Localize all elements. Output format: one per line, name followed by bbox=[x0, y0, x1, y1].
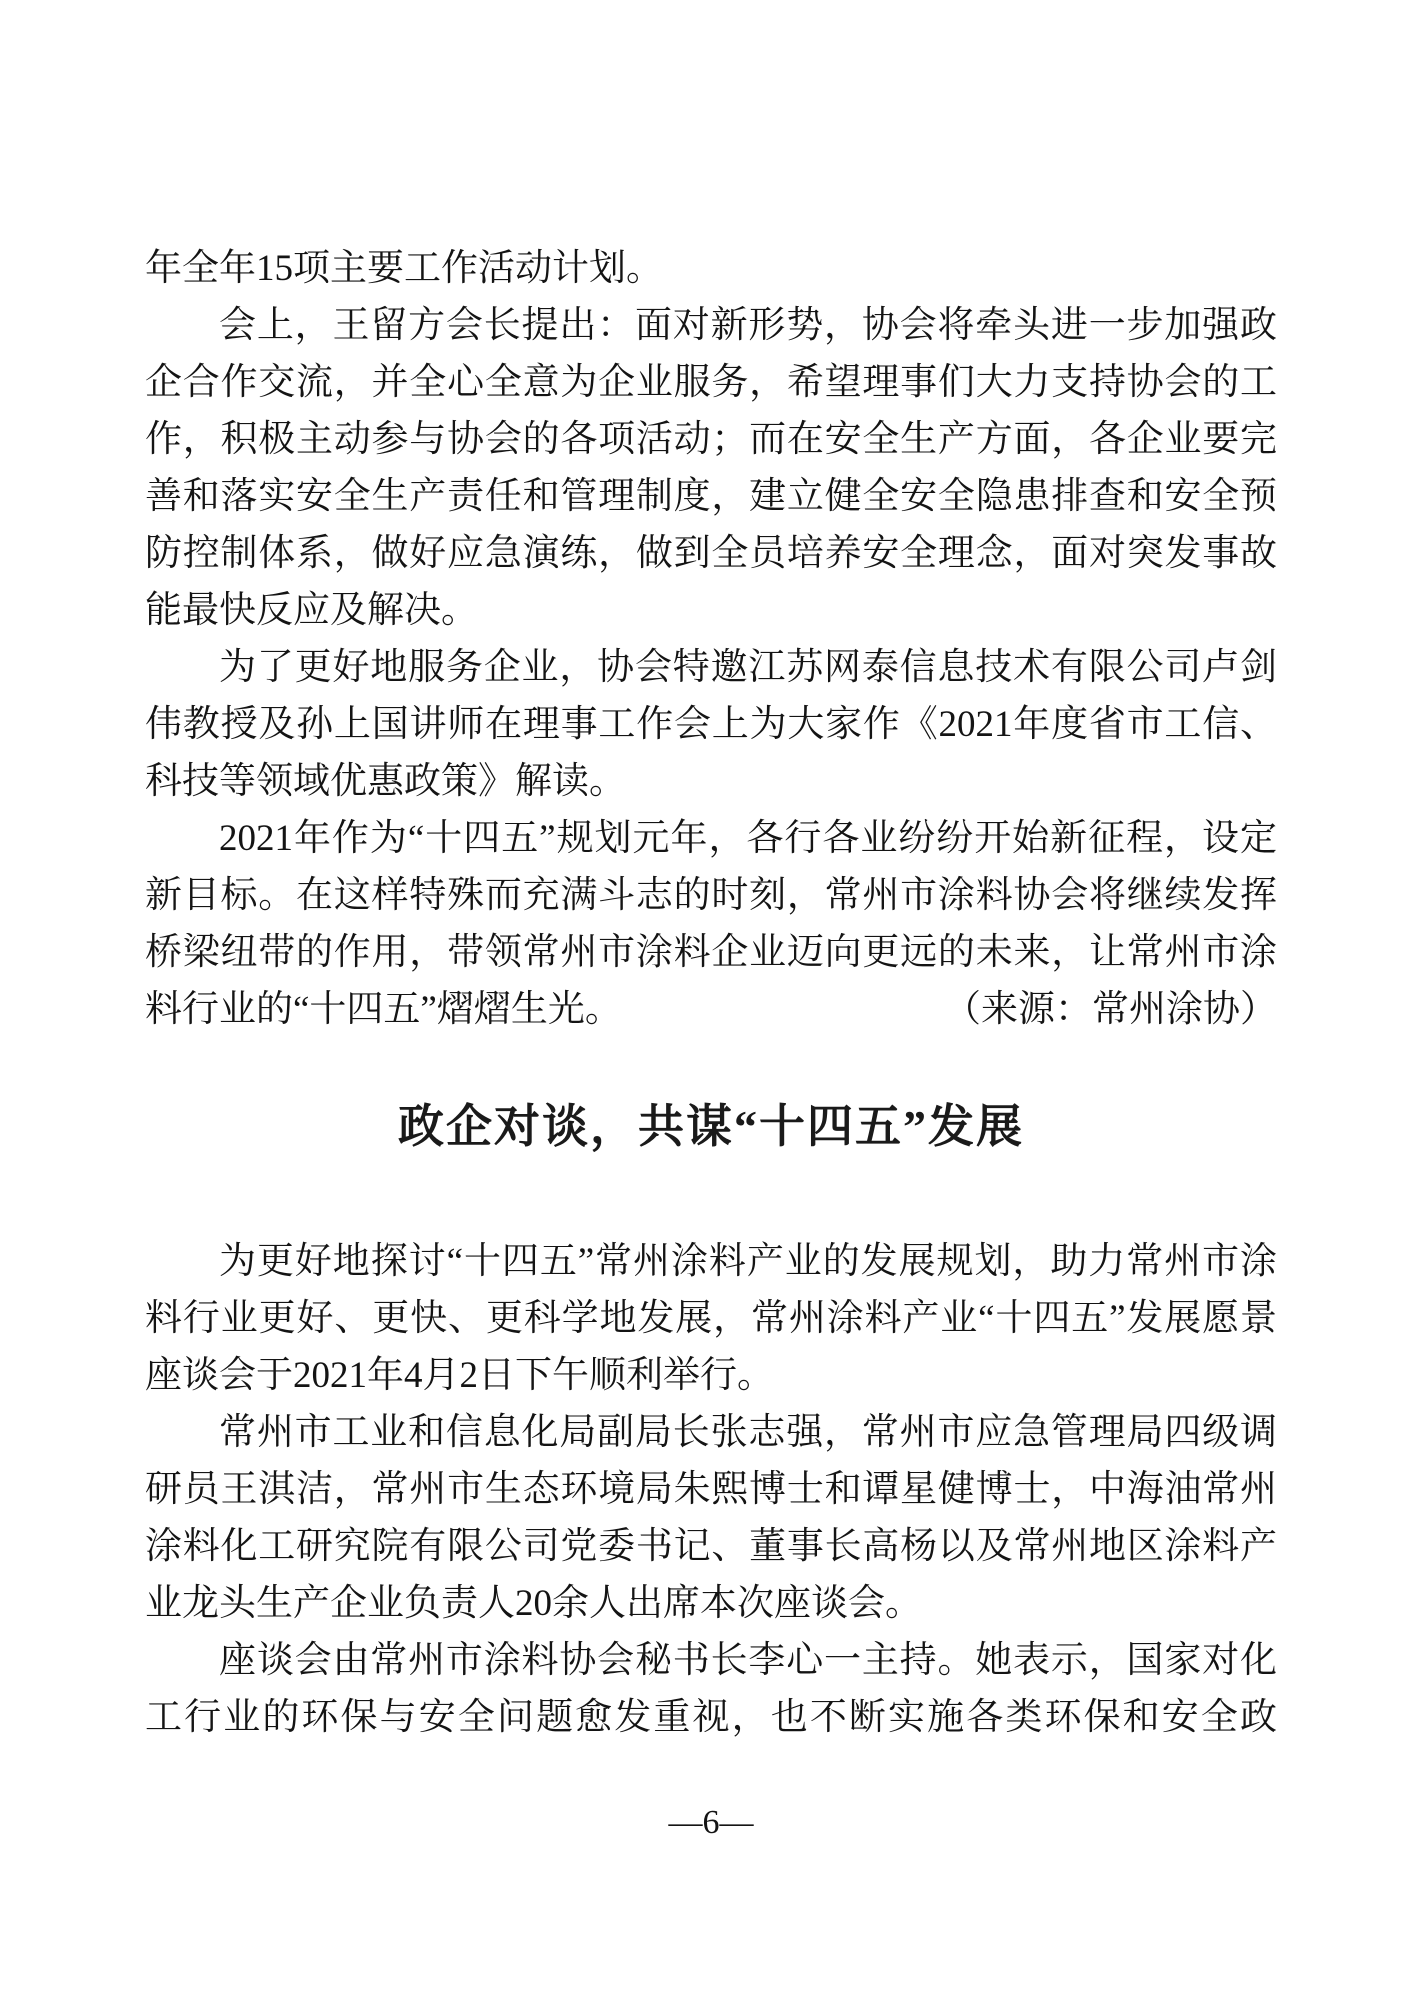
text-line: 工行业的环保与安全问题愈发重视，也不断实施各类环保和安全政 bbox=[145, 1689, 1277, 1746]
text-line: 善和落实安全生产责任和管理制度，建立健全安全隐患排查和安全预 bbox=[145, 468, 1277, 525]
text-line: 防控制体系，做好应急演练，做到全员培养安全理念，面对突发事故 bbox=[145, 525, 1277, 582]
text-line: 桥梁纽带的作用，带领常州市涂料企业迈向更远的未来，让常州市涂 bbox=[145, 924, 1277, 981]
page-number: —6— bbox=[145, 1803, 1277, 1843]
text-line: 新目标。在这样特殊而充满斗志的时刻，常州市涂料协会将继续发挥 bbox=[145, 867, 1277, 924]
text-line: 料行业更好、更快、更科学地发展，常州涂料产业“十四五”发展愿景 bbox=[145, 1290, 1277, 1347]
document-page: 年全年15项主要工作活动计划。会上，王留方会长提出：面对新形势，协会将牵头进一步… bbox=[0, 0, 1415, 2000]
text-line: 座谈会由常州市涂料协会秘书长李心一主持。她表示，国家对化 bbox=[145, 1632, 1277, 1689]
text-line: 年全年15项主要工作活动计划。 bbox=[145, 240, 1277, 297]
text-line: 能最快反应及解决。 bbox=[145, 582, 1277, 639]
text-line: 涂料化工研究院有限公司党委书记、董事长高杨以及常州地区涂料产 bbox=[145, 1518, 1277, 1575]
text-line: 为更好地探讨“十四五”常州涂料产业的发展规划，助力常州市涂 bbox=[145, 1233, 1277, 1290]
section-heading: 政企对谈，共谋“十四五”发展 bbox=[145, 1097, 1277, 1157]
text-line: 研员王淇洁，常州市生态环境局朱熙博士和谭星健博士，中海油常州 bbox=[145, 1461, 1277, 1518]
text-line: 科技等领域优惠政策》解读。 bbox=[145, 753, 1277, 810]
document-content: 年全年15项主要工作活动计划。会上，王留方会长提出：面对新形势，协会将牵头进一步… bbox=[145, 240, 1277, 1843]
text-line: 伟教授及孙上国讲师在理事工作会上为大家作《2021年度省市工信、 bbox=[145, 696, 1277, 753]
text-line: 会上，王留方会长提出：面对新形势，协会将牵头进一步加强政 bbox=[145, 297, 1277, 354]
text-line: 常州市工业和信息化局副局长张志强，常州市应急管理局四级调 bbox=[145, 1404, 1277, 1461]
text-line: 料行业的“十四五”熠熠生光。（来源：常州涂协） bbox=[145, 981, 1277, 1038]
text-line: 企合作交流，并全心全意为企业服务，希望理事们大力支持协会的工 bbox=[145, 354, 1277, 411]
text-line: 2021年作为“十四五”规划元年，各行各业纷纷开始新征程，设定 bbox=[145, 810, 1277, 867]
text-line: 业龙头生产企业负责人20余人出席本次座谈会。 bbox=[145, 1575, 1277, 1632]
text-line: 座谈会于2021年4月2日下午顺利举行。 bbox=[145, 1347, 1277, 1404]
paragraph-end-text: 料行业的“十四五”熠熠生光。 bbox=[145, 981, 622, 1038]
source-attribution: （来源：常州涂协） bbox=[944, 981, 1277, 1038]
text-line: 为了更好地服务企业，协会特邀江苏网泰信息技术有限公司卢剑 bbox=[145, 639, 1277, 696]
text-line: 作，积极主动参与协会的各项活动；而在安全生产方面，各企业要完 bbox=[145, 411, 1277, 468]
